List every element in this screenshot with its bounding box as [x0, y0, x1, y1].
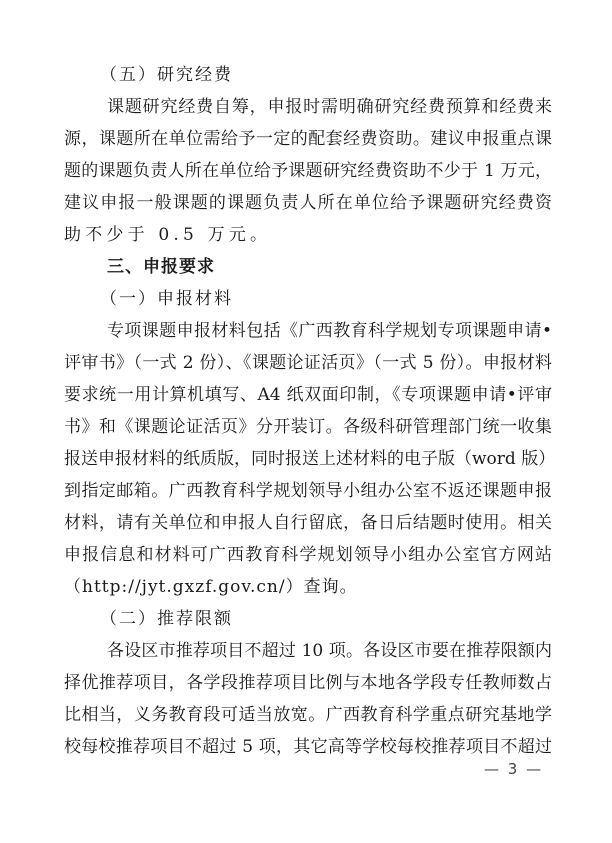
paragraph-line: 书》和《课题论证活页》分开装订。各级科研管理部门统一收集 [64, 416, 552, 438]
paragraph-line: 择优推荐项目，各学段推荐项目比例与本地各学段专任教师数占 [64, 672, 552, 694]
paragraph-line: 课题研究经费自筹，申报时需明确研究经费预算和经费来 [107, 96, 552, 118]
paragraph-line: 助不少于 0.5 万元。 [64, 224, 552, 246]
heading-application-requirements: 三、申报要求 [107, 256, 595, 278]
paragraph-line: 要求统一用计算机填写、A4 纸双面印制，《专项课题申请•评审 [64, 384, 552, 406]
paragraph-line: 评审书》（一式 2 份）、《课题论证活页》（一式 5 份）。申报材料 [64, 352, 552, 374]
paragraph-line: 建议申报一般课题的课题负责人所在单位给予课题研究经费资 [64, 192, 552, 214]
paragraph-line: 校每校推荐项目不超过 5 项，其它高等学校每校推荐项目不超过 [64, 736, 552, 758]
paragraph-line: 比相当，义务教育段可适当放宽。广西教育科学重点研究基地学 [64, 704, 552, 726]
paragraph-line: 到指定邮箱。广西教育科学规划领导小组办公室不返还课题申报 [64, 480, 552, 502]
heading-recommendation-quota: （二）推荐限额 [100, 608, 588, 630]
heading-application-materials: （一）申报材料 [100, 288, 588, 310]
paragraph-line: 报送申报材料的纸质版，同时报送上述材料的电子版（word 版） [64, 448, 552, 470]
paragraph-line: 题的课题负责人所在单位给予课题研究经费资助不少于 1 万元， [64, 160, 552, 182]
paragraph-line: 申报信息和材料可广西教育科学规划领导小组办公室官方网站 [64, 544, 552, 566]
website-link-line: （http://jyt.gxzf.gov.cn/）查询。 [64, 576, 552, 598]
paragraph-line: 材料，请有关单位和申报人自行留底，备日后结题时使用。相关 [64, 512, 552, 534]
page-number: — 3 — [484, 760, 543, 778]
document-page: （五）研究经费 课题研究经费自筹，申报时需明确研究经费预算和经费来 源，课题所在… [0, 0, 612, 843]
paragraph-line: 专项课题申报材料包括《广西教育科学规划专项课题申请• [107, 320, 552, 342]
paragraph-line: 各设区市推荐项目不超过 10 项。各设区市要在推荐限额内 [107, 640, 552, 662]
paragraph-line: 源，课题所在单位需给予一定的配套经费资助。建议申报重点课 [64, 128, 552, 150]
heading-research-funding: （五）研究经费 [100, 64, 588, 86]
